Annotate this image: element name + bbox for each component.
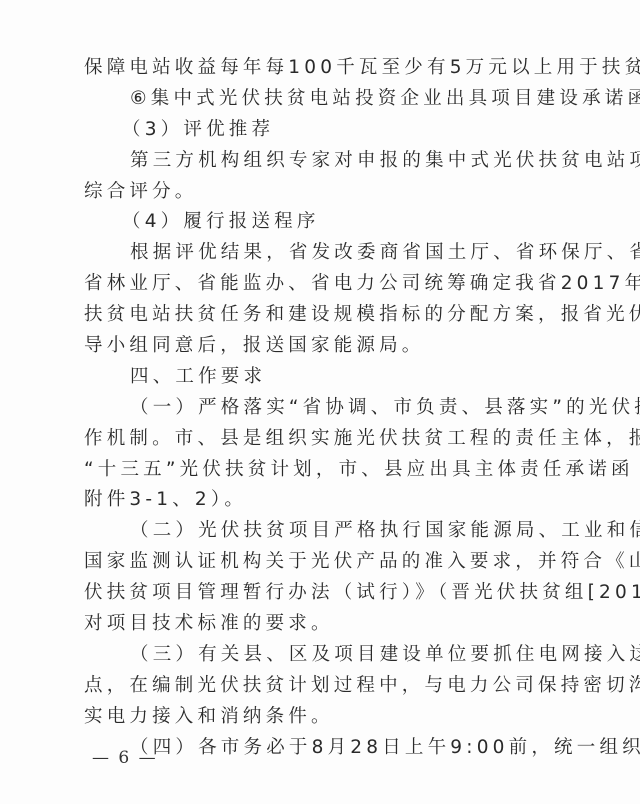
- text-line: 对项目技术标准的要求。: [84, 609, 568, 640]
- text-line: 实电力接入和消纳条件。: [84, 702, 568, 733]
- text-line: 国家监测认证机构关于光伏产品的准入要求，并符合《山西省光: [84, 547, 568, 578]
- text-line: 点，在编制光伏扶贫计划过程中，与电力公司保持密切沟通，落: [84, 671, 568, 702]
- text-line: 保障电站收益每年每100千瓦至少有5万元以上用于扶贫。: [84, 53, 568, 84]
- text-line: 附件3-1、2）。: [84, 485, 568, 516]
- page-number: — 6 —: [92, 746, 158, 770]
- document-body: 保障电站收益每年每100千瓦至少有5万元以上用于扶贫。 ⑥集中式光伏扶贫电站投资…: [84, 53, 568, 763]
- section-heading: （4）履行报送程序: [84, 207, 568, 238]
- text-line: “十三五”光伏扶贫计划，市、县应出具主体责任承诺函（参考: [84, 455, 568, 486]
- text-line: ⑥集中式光伏扶贫电站投资企业出具项目建设承诺函。: [84, 84, 568, 115]
- text-line: 作机制。市、县是组织实施光伏扶贫工程的责任主体，报送光伏: [84, 424, 568, 455]
- text-line: 第三方机构组织专家对申报的集中式光伏扶贫电站项目进行: [84, 146, 568, 177]
- text-line: 省林业厅、省能监办、省电力公司统筹确定我省2017年集中式: [84, 269, 568, 300]
- text-line: 根据评优结果，省发改委商省国土厅、省环保厅、省住建厅、: [84, 238, 568, 269]
- text-line: （二）光伏扶贫项目严格执行国家能源局、工业和信息化部、: [84, 516, 568, 547]
- text-line: 导小组同意后，报送国家能源局。: [84, 331, 568, 362]
- text-line: （一）严格落实“省协调、市负责、县落实”的光伏扶贫工: [84, 393, 568, 424]
- document-page: 保障电站收益每年每100千瓦至少有5万元以上用于扶贫。 ⑥集中式光伏扶贫电站投资…: [0, 0, 640, 804]
- text-line: （三）有关县、区及项目建设单位要抓住电网接入这一关键: [84, 640, 568, 671]
- section-heading: （3）评优推荐: [84, 115, 568, 146]
- text-line: 伏扶贫项目管理暂行办法（试行）》（晋光伏扶贫组[2016]1号）: [84, 578, 568, 609]
- text-line: 扶贫电站扶贫任务和建设规模指标的分配方案，报省光伏扶贫领: [84, 300, 568, 331]
- text-line: 综合评分。: [84, 177, 568, 208]
- section-heading: 四、工作要求: [84, 362, 568, 393]
